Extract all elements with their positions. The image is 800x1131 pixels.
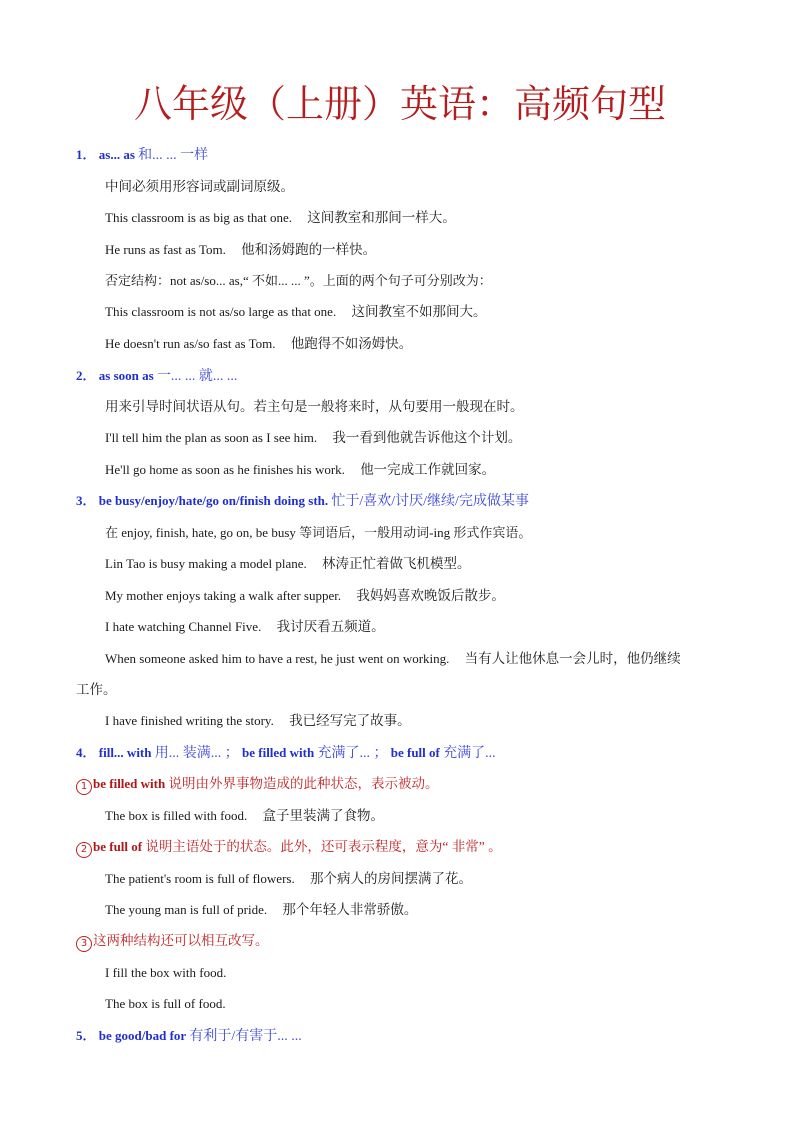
pattern-zh: 充满了... [443, 746, 496, 761]
en-text: I hate watching Channel Five. [105, 619, 261, 634]
section-number: 2． [76, 368, 96, 383]
text-line: 中间必须用形容词或副词原级。 [105, 177, 294, 197]
zh-text: 他跑得不如汤姆快。 [291, 336, 413, 351]
zh-text: 我讨厌看五频道。 [277, 619, 385, 634]
section-number: 3． [76, 493, 96, 508]
en-text: I fill the box with food. [105, 965, 226, 980]
pattern-zh: 和... ... 一样 [138, 148, 208, 163]
zh-text: 用来引导时间状语从句。若主句是一般将来时，从句要用一般现在时。 [105, 399, 524, 414]
zh-text: 林涛正忙着做飞机模型。 [322, 556, 471, 571]
example-sentence: This classroom is as big as that one. 这间… [105, 208, 456, 228]
example-sentence: When someone asked him to have a rest, h… [105, 649, 681, 669]
note-term: be filled with [93, 776, 165, 791]
mixed-text: 否定结构：not as/so... as,“ 不如... ... ”。上面的两个… [105, 273, 492, 288]
example-sentence: I hate watching Channel Five. 我讨厌看五频道。 [105, 617, 385, 637]
en-text: My mother enjoys taking a walk after sup… [105, 588, 341, 603]
example-sentence: He'll go home as soon as he finishes his… [105, 460, 495, 480]
pattern-zh: 充满了... ； [317, 746, 387, 761]
circled-number-icon: 2 [76, 842, 92, 858]
zh-text: 中间必须用形容词或副词原级。 [105, 179, 294, 194]
mixed-text: 在 enjoy, finish, hate, go on, be busy 等词… [105, 525, 531, 540]
text-line: 否定结构：not as/so... as,“ 不如... ... ”。上面的两个… [105, 271, 492, 291]
text-line: 在 enjoy, finish, hate, go on, be busy 等词… [105, 523, 531, 543]
example-sentence: I have finished writing the story. 我已经写完… [105, 711, 411, 731]
example-sentence: My mother enjoys taking a walk after sup… [105, 586, 505, 606]
note-text: 说明由外界事物造成的此种状态，表示被动。 [168, 776, 438, 791]
pattern-zh: 忙于/喜欢/讨厌/继续/完成做某事 [331, 494, 529, 509]
zh-text: 那个年轻人非常骄傲。 [282, 902, 417, 917]
pattern-en: as... as [99, 147, 135, 162]
text-line: 用来引导时间状语从句。若主句是一般将来时，从句要用一般现在时。 [105, 397, 524, 417]
zh-text: 我一看到他就告诉他这个计划。 [332, 430, 521, 445]
example-sentence: He runs as fast as Tom. 他和汤姆跑的一样快。 [105, 240, 376, 260]
en-text: I'll tell him the plan as soon as I see … [105, 430, 317, 445]
pattern-en: be busy/enjoy/hate/go on/finish doing st… [99, 493, 328, 508]
section-heading-1: 1． as... as 和... ... 一样 [76, 145, 208, 166]
zh-text: 当有人让他休息一会儿时，他仍继续 [465, 651, 681, 666]
en-text: He runs as fast as Tom. [105, 242, 226, 257]
circled-number-icon: 3 [76, 936, 92, 952]
example-sentence: This classroom is not as/so large as tha… [105, 302, 486, 322]
en-text: He doesn't run as/so fast as Tom. [105, 336, 276, 351]
text-line-wrap: 工作。 [76, 680, 117, 700]
pattern-en: be full of [391, 745, 440, 760]
pattern-en: fill... with [99, 745, 152, 760]
en-text: The box is filled with food. [105, 808, 247, 823]
pattern-zh: 用... 装满... ； [155, 746, 239, 761]
example-sentence: The box is full of food. [105, 994, 226, 1014]
zh-text: 那个病人的房间摆满了花。 [310, 871, 472, 886]
zh-text: 我已经写完了故事。 [289, 713, 411, 728]
en-text: Lin Tao is busy making a model plane. [105, 556, 307, 571]
note-term: be full of [93, 839, 142, 854]
en-text: The patient's room is full of flowers. [105, 871, 295, 886]
pattern-zh: 有利于/有害于... ... [189, 1029, 301, 1044]
page-title: 八年级（上册）英语：高频句型 [0, 78, 800, 130]
section-heading-3: 3． be busy/enjoy/hate/go on/finish doing… [76, 491, 529, 512]
example-sentence: The box is filled with food. 盒子里装满了食物。 [105, 806, 384, 826]
note-text: 说明主语处于的状态。此外，还可表示程度，意为“ 非常” 。 [145, 839, 501, 854]
en-text: I have finished writing the story. [105, 713, 274, 728]
zh-text: 工作。 [76, 682, 117, 697]
section-number: 5． [76, 1028, 96, 1043]
section-number: 1． [76, 147, 96, 162]
zh-text: 他一完成工作就回家。 [360, 462, 495, 477]
en-text: When someone asked him to have a rest, h… [105, 651, 449, 666]
note-2: 2be full of 说明主语处于的状态。此外，还可表示程度，意为“ 非常” … [76, 837, 502, 858]
zh-text: 我妈妈喜欢晚饭后散步。 [356, 588, 505, 603]
note-text: 这两种结构还可以相互改写。 [93, 933, 269, 948]
section-heading-5: 5． be good/bad for 有利于/有害于... ... [76, 1026, 302, 1047]
example-sentence: The patient's room is full of flowers. 那… [105, 869, 472, 889]
section-heading-4: 4． fill... with 用... 装满... ； be filled w… [76, 743, 496, 764]
section-number: 4． [76, 745, 96, 760]
pattern-en: be filled with [242, 745, 314, 760]
zh-text: 他和汤姆跑的一样快。 [241, 242, 376, 257]
en-text: This classroom is not as/so large as tha… [105, 304, 336, 319]
example-sentence: The young man is full of pride. 那个年轻人非常骄… [105, 900, 417, 920]
en-text: The box is full of food. [105, 996, 226, 1011]
pattern-en: as soon as [99, 368, 154, 383]
note-1: 1be filled with 说明由外界事物造成的此种状态，表示被动。 [76, 774, 438, 795]
zh-text: 这间教室和那间一样大。 [307, 210, 456, 225]
section-heading-2: 2． as soon as 一... ... 就... ... [76, 366, 237, 387]
en-text: He'll go home as soon as he finishes his… [105, 462, 345, 477]
example-sentence: I fill the box with food. [105, 963, 226, 983]
example-sentence: I'll tell him the plan as soon as I see … [105, 428, 521, 448]
example-sentence: Lin Tao is busy making a model plane. 林涛… [105, 554, 471, 574]
pattern-en: be good/bad for [99, 1028, 186, 1043]
zh-text: 盒子里装满了食物。 [263, 808, 385, 823]
example-sentence: He doesn't run as/so fast as Tom. 他跑得不如汤… [105, 334, 412, 354]
en-text: The young man is full of pride. [105, 902, 267, 917]
zh-text: 这间教室不如那间大。 [351, 304, 486, 319]
note-3: 3这两种结构还可以相互改写。 [76, 931, 269, 952]
circled-number-icon: 1 [76, 779, 92, 795]
pattern-zh: 一... ... 就... ... [157, 369, 238, 384]
en-text: This classroom is as big as that one. [105, 210, 292, 225]
